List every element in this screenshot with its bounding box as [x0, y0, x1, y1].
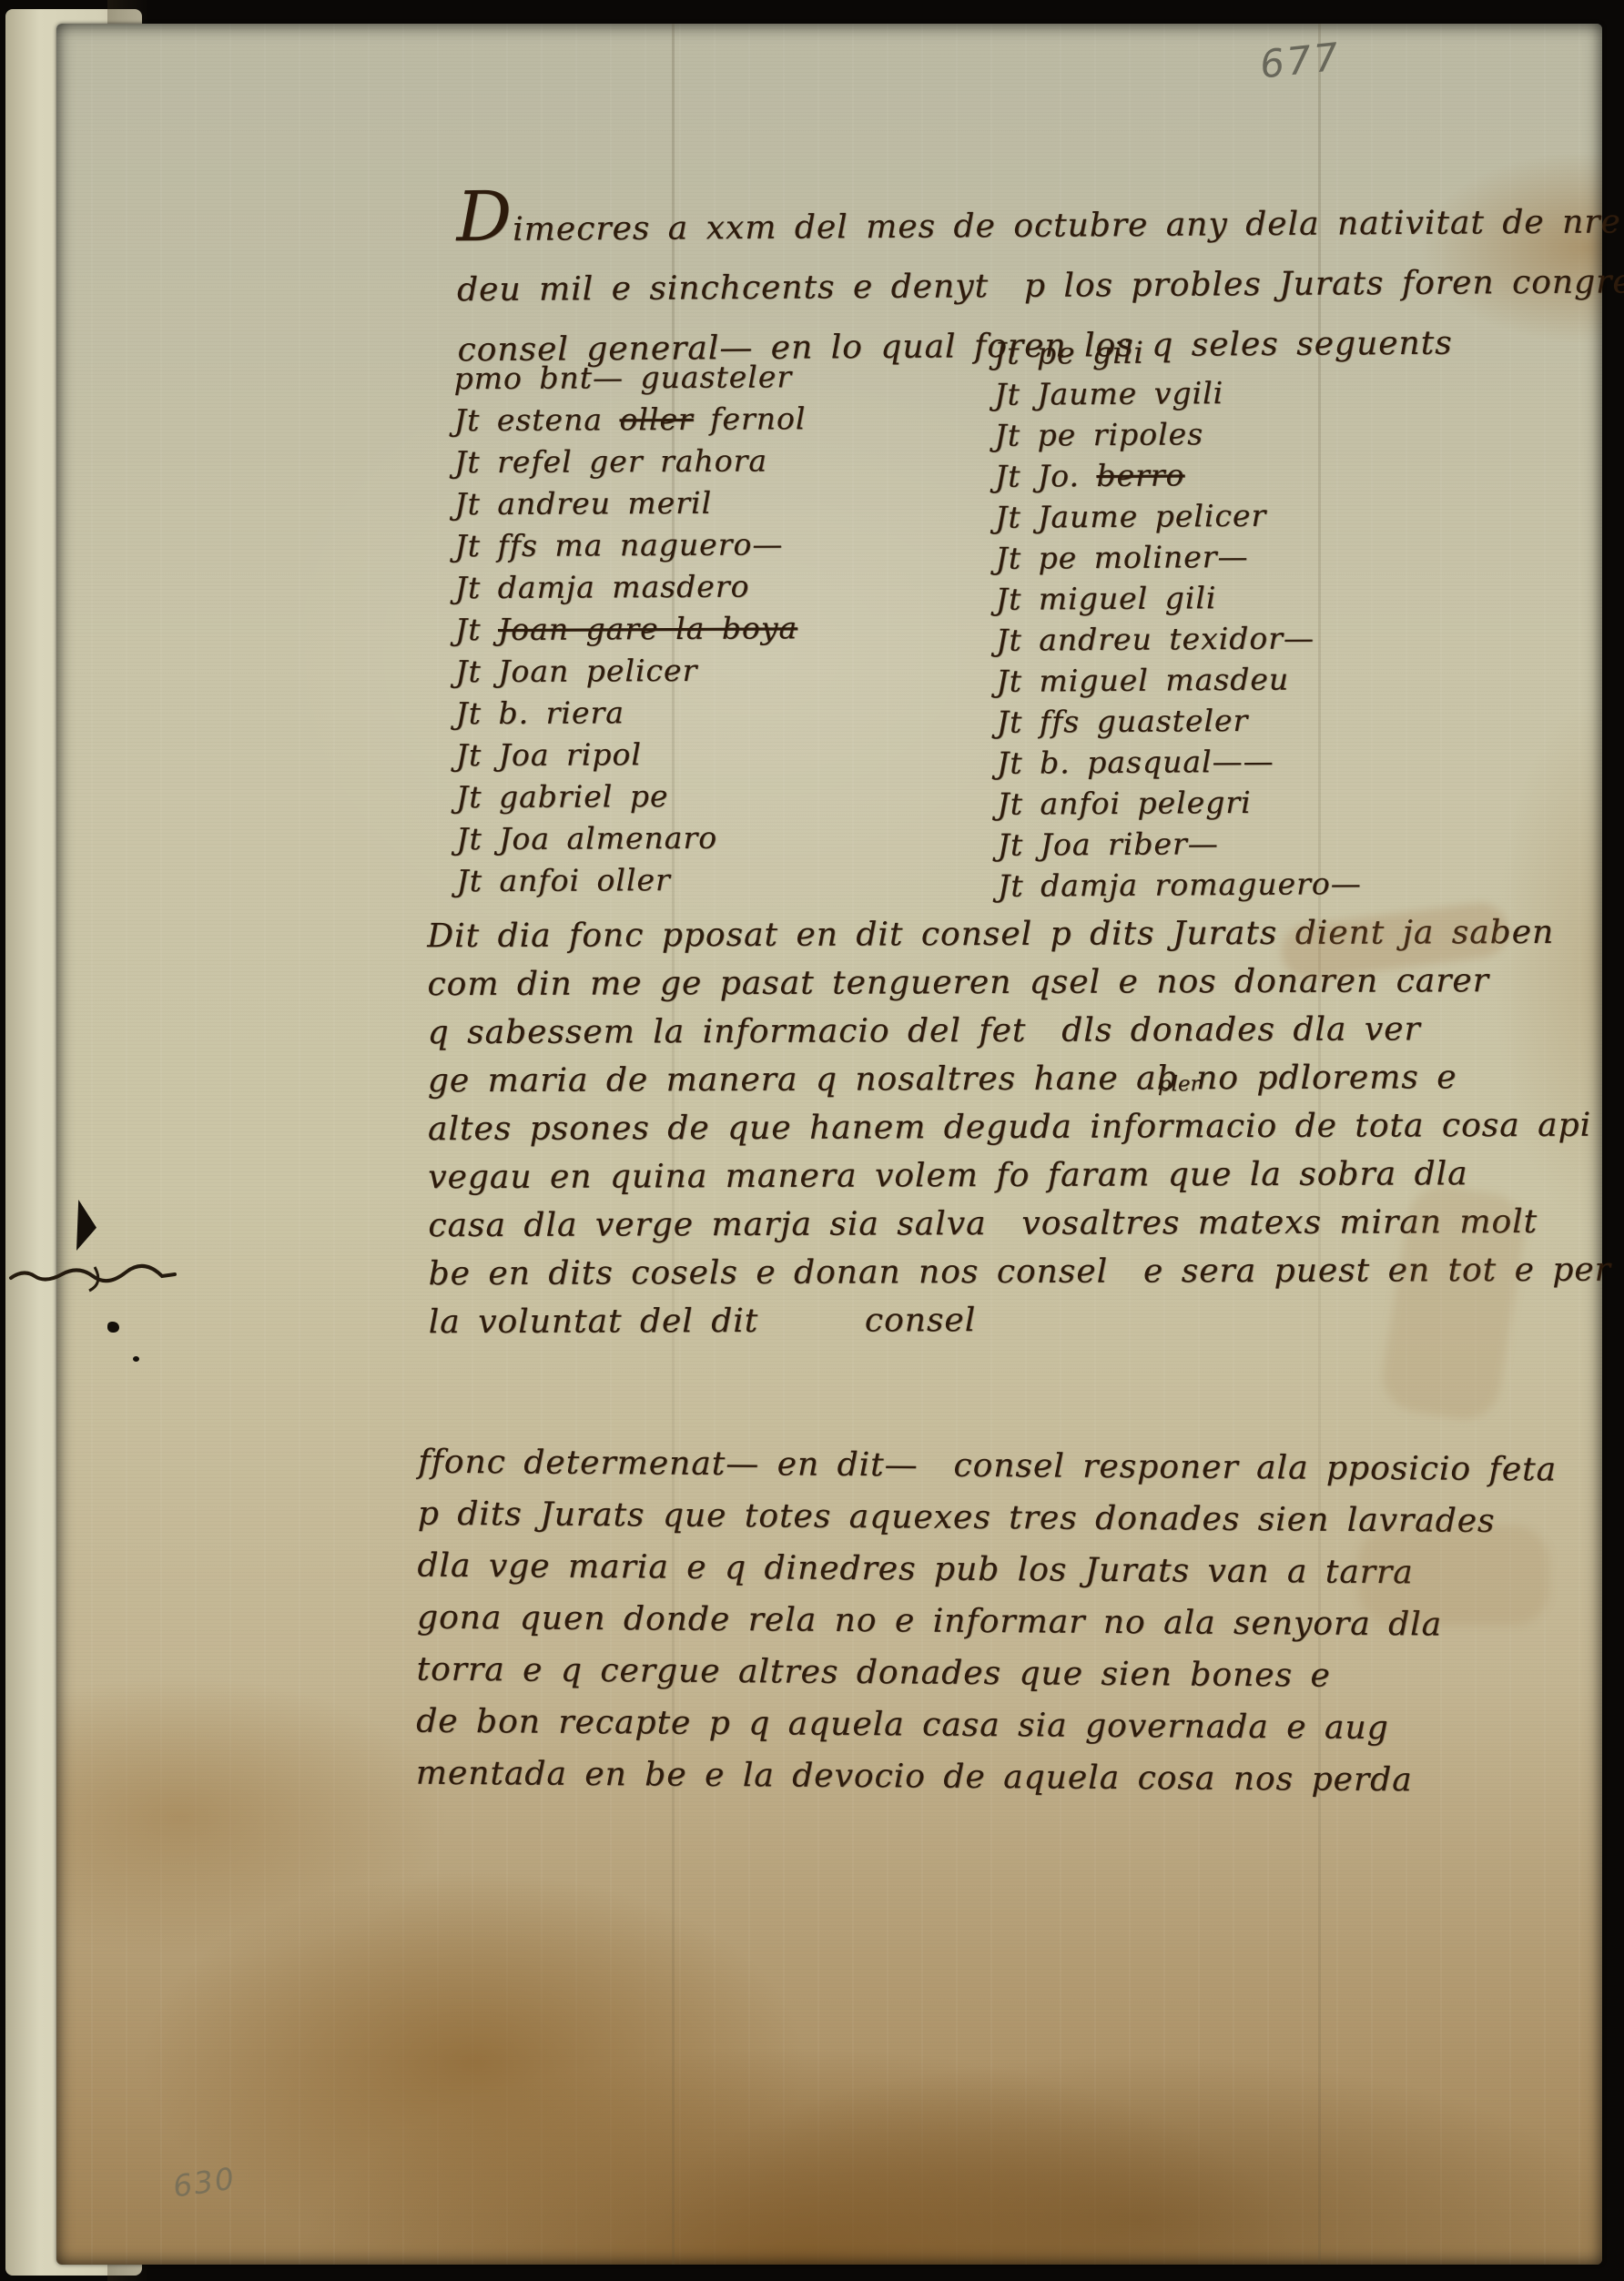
attendee-row: Jt miguel masdeu — [996, 657, 1469, 702]
paper-hole — [133, 1356, 139, 1362]
first-paragraph: pler Dit dia fonc pposat en dit consel p… — [427, 908, 1567, 1346]
name-text: Jt Joan pelicer — [455, 653, 697, 689]
attendee-row: Jt pe moliner— — [995, 534, 1468, 579]
attendee-row: Jt gabriel pe — [456, 775, 893, 819]
name-text: Jt damja masdero — [455, 569, 750, 606]
attendee-row: Jt Jo. berro — [995, 452, 1468, 497]
attendee-row: Jt Joa ripol — [456, 733, 893, 777]
attendee-row: Jt andreu texidor— — [996, 616, 1469, 661]
struck-text: berro — [1096, 457, 1184, 493]
struck-text: oller — [619, 401, 693, 437]
name-text: Jt b. riera — [455, 694, 624, 731]
attendee-row: Jt Jaume pelicer — [995, 493, 1468, 538]
attendee-column-right: Jt pe giliJt Jaume vgiliJt pe ripolesJt … — [994, 329, 1471, 907]
manuscript-line: ge maria de manera q nosaltres hane ab n… — [428, 1053, 1566, 1105]
name-text: Jt gabriel pe — [456, 778, 669, 815]
manuscript-scan: 677 Dimecres a xxm del mes de octubre an… — [0, 0, 1624, 2281]
heading-line: deu mil e sinchcents e denyt p los probl… — [457, 253, 1558, 320]
interlinear-insertion: pler — [1158, 1060, 1201, 1109]
attendee-row: Jt b. riera — [455, 691, 892, 735]
paper-hole — [107, 1322, 119, 1333]
name-text: Jt pe gili — [994, 335, 1144, 371]
manuscript-line: q sabessem la informacio del fet dls don… — [428, 1005, 1566, 1057]
name-text: Jt refel ger rahora — [454, 442, 767, 480]
attendee-row: Jt andreu meril — [454, 482, 891, 526]
attendee-row: Jt ffs ma naguero— — [454, 523, 891, 568]
name-text: Jt ffs ma naguero— — [454, 526, 783, 563]
folio-number-bottom: 630 — [171, 2160, 239, 2204]
name-text: Jt Joa ripol — [456, 736, 642, 773]
attendee-row: Jt Joa almenaro — [456, 816, 893, 861]
manuscript-line: casa dla verge marja sia salva vosaltres… — [428, 1198, 1566, 1250]
name-text: Jt ffs guasteler — [997, 703, 1249, 740]
attendee-row: Jt pe gili — [994, 329, 1467, 374]
attendee-row: Jt ffs guasteler — [997, 698, 1470, 743]
attendee-row: Jt anfoi oller — [456, 858, 893, 903]
attendee-row: Jt refel ger rahora — [454, 440, 891, 484]
name-text: Jt anfoi pelegri — [997, 785, 1251, 822]
name-text: Jt Jaume pelicer — [995, 498, 1266, 535]
name-text: Jt andreu texidor— — [996, 620, 1314, 657]
attendee-row: Jt Joan pelicer — [455, 649, 892, 694]
name-text: fernol — [694, 400, 807, 437]
manuscript-line: torra e q cergue altres donades que sien… — [416, 1644, 1554, 1704]
attendee-row: pmo bnt— guasteler — [453, 356, 890, 400]
attendee-row: Jt damja masdero — [455, 565, 892, 610]
manuscript-line: vegau en quina manera volem fo faram que… — [428, 1150, 1566, 1201]
name-text: Jt miguel gili — [996, 580, 1217, 617]
attendee-row: Jt damja romaguero— — [998, 862, 1471, 907]
name-text: Jt b. pasqual—— — [997, 744, 1274, 781]
name-text: Jt Joa almenaro — [456, 820, 717, 857]
ink-bleed-mark — [1358, 1526, 1549, 1626]
name-text: Jt Jaume vgili — [994, 375, 1223, 412]
name-text: Jt andreu meril — [454, 485, 712, 522]
attendee-row: Jt Joan gare la boya — [455, 607, 892, 652]
folio-number-top: 677 — [1258, 34, 1344, 86]
attendee-row: Jt Joa riber— — [998, 821, 1471, 866]
attendee-row: Jt anfoi pelegri — [997, 780, 1470, 825]
binding-stitch-thread — [7, 1256, 180, 1294]
name-text: Jt Joa riber— — [998, 826, 1219, 863]
name-text: Jt pe moliner— — [995, 539, 1248, 576]
name-text: pmo bnt— guasteler — [453, 359, 792, 396]
attendee-row: Jt b. pasqual—— — [997, 739, 1470, 784]
name-text: Jt estena — [454, 401, 620, 438]
name-text: Jt damja romaguero— — [998, 866, 1362, 904]
manuscript-page: 677 Dimecres a xxm del mes de octubre an… — [56, 24, 1602, 2265]
attendee-row: Jt Jaume vgili — [994, 370, 1467, 415]
name-text: Jt anfoi oller — [456, 862, 671, 898]
struck-text: Joan gare la boya — [498, 610, 797, 647]
attendee-row: Jt pe ripoles — [994, 411, 1467, 456]
attendee-column-left: pmo bnt— guastelerJt estena oller fernol… — [453, 356, 893, 903]
name-text: Jt pe ripoles — [994, 416, 1203, 453]
attendee-row: Jt miguel gili — [996, 575, 1469, 620]
manuscript-line: altes psones de que hanem deguda informa… — [428, 1101, 1566, 1153]
name-text: Jt Jo. — [995, 458, 1097, 494]
manuscript-line: ffonc determenat— en dit— consel respone… — [418, 1436, 1556, 1496]
name-text: Jt miguel masdeu — [996, 662, 1289, 699]
attendee-row: Jt estena oller fernol — [454, 398, 891, 442]
heading-line: Dimecres a xxm del mes de octubre any de… — [456, 186, 1558, 260]
name-text: Jt — [455, 612, 498, 647]
manuscript-line: de bon recapte p q aquela casa sia gover… — [416, 1696, 1554, 1756]
manuscript-line: mentada en be e la devocio de aquela cos… — [416, 1748, 1554, 1808]
